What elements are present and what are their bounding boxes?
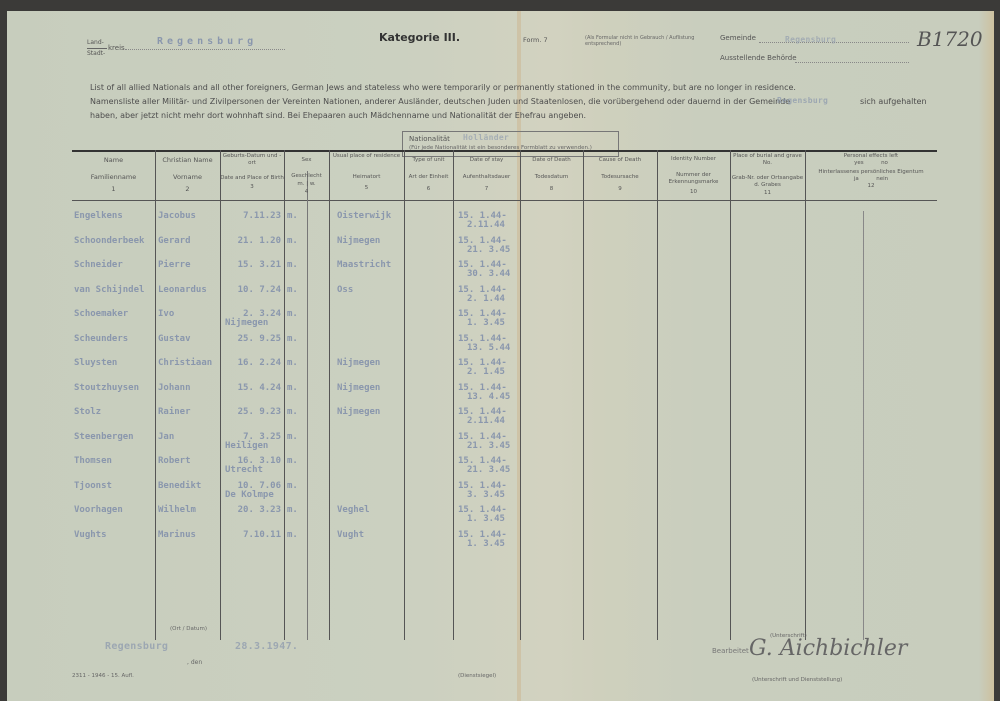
cell-sex: m.: [287, 260, 307, 270]
col-divider: [404, 150, 405, 640]
cell-stay-end: 2. 1.45: [467, 367, 505, 377]
header-num: 12: [805, 183, 937, 190]
header-num: 5: [329, 185, 404, 192]
header-en-sub: yes no: [805, 160, 937, 167]
col-divider-sex: [307, 171, 308, 640]
header-en: Sex: [284, 156, 329, 164]
cell-first: Marinus: [158, 530, 218, 540]
col-divider: [583, 150, 584, 640]
header-num: 3: [220, 184, 284, 191]
place-value: Regensburg: [105, 641, 168, 652]
header-de: Aufenthaltsdauer: [453, 173, 520, 181]
cell-first: Benedikt: [158, 481, 218, 491]
cell-residence: Nijmegen: [337, 407, 402, 417]
header-en: Cause of Death: [583, 156, 657, 164]
behoerde-line: [795, 62, 909, 63]
kreis-line: [125, 49, 285, 50]
form-note: (Als Formular nicht in Gebrauch / Auflis…: [585, 35, 695, 47]
cell-name: Steenbergen: [74, 432, 154, 442]
header-date-death: Date of Death Todesdatum 8: [520, 156, 583, 193]
header-de: Vorname: [155, 173, 220, 181]
cell-birth: 7.10.11: [223, 530, 281, 540]
header-birth: Geburts-Datum und -ort Date and Place of…: [220, 153, 284, 191]
cell-sex: m.: [287, 236, 307, 246]
col-divider: [520, 150, 521, 640]
stamp-label: (Dienstsiegel): [458, 673, 496, 679]
place-date-label: (Ort / Datum): [170, 626, 207, 632]
cell-name: van Schijndel: [74, 285, 154, 295]
cell-first: Gerard: [158, 236, 218, 246]
land-stadt-divider: [87, 48, 107, 49]
cell-name: Schneider: [74, 260, 154, 270]
header-num: 4: [284, 188, 329, 196]
cell-residence: Vught: [337, 530, 402, 540]
intro-german-1: Namensliste aller Militär- und Zivilpers…: [90, 95, 790, 109]
cell-birth: 20. 3.23: [223, 505, 281, 515]
cell-stay-end: 13. 5.44: [467, 343, 510, 353]
header-burial: Place of burial and grave No. Grab-Nr. o…: [730, 153, 805, 197]
col-divider-yes-no: [863, 211, 864, 640]
cell-residence: Maastricht: [337, 260, 402, 270]
header-de: Todesdatum: [520, 173, 583, 181]
stamp-text: Bearbeitet: [712, 647, 749, 655]
cell-name: Stoutzhuysen: [74, 383, 154, 393]
col-divider: [805, 150, 806, 640]
cell-birth: 15. 3.21: [223, 260, 281, 270]
cell-name: Thomsen: [74, 456, 154, 466]
kreis-label: kreis: [108, 44, 125, 52]
paper-edge: [979, 11, 994, 701]
nationality-box: Nationalität Holländer (Für jede Nationa…: [402, 131, 619, 157]
header-en: Type of unit: [404, 156, 453, 164]
header-de: Grab-Nr. oder Ortsangabe d. Grabes: [730, 175, 805, 189]
cell-name: Schoonderbeek: [74, 236, 154, 246]
document-page: Land- Stadt- kreis Regensburg Kategorie …: [7, 11, 994, 701]
cell-first: Leonardus: [158, 285, 218, 295]
header-unit: Type of unit Art der Einheit 6: [404, 156, 453, 193]
col-divider: [657, 150, 658, 640]
cell-birth: 25. 9.23: [223, 407, 281, 417]
cell-stay-end: 21. 3.45: [467, 441, 510, 451]
header-num: 9: [583, 185, 657, 193]
cell-sex: m.: [287, 211, 307, 221]
header-en: Personal effects left: [805, 153, 937, 160]
col-divider: [329, 150, 330, 640]
cell-stay-end: 2. 1.44: [467, 294, 505, 304]
cell-stay-end: 21. 3.45: [467, 465, 510, 475]
cell-birth: 25. 9.25: [223, 334, 281, 344]
cell-stay-end: 13. 4.45: [467, 392, 510, 402]
cell-birthplace: Heiligen: [225, 441, 268, 451]
header-christian-name: Christian Name Vorname 2: [155, 156, 220, 193]
cell-birthplace: Utrecht: [225, 465, 263, 475]
cell-sex: m.: [287, 285, 307, 295]
header-en: Identity Number: [657, 156, 730, 163]
cell-sex: m.: [287, 383, 307, 393]
header-de: Heimatort: [329, 174, 404, 181]
cell-stay-end: 2.11.44: [467, 220, 505, 230]
col-divider: [284, 150, 285, 640]
header-en: Name: [72, 156, 155, 164]
cell-sex: m.: [287, 407, 307, 417]
header-de-sub: ja nein: [805, 176, 937, 183]
cell-stay-end: 1. 3.45: [467, 539, 505, 549]
land-label: Land-: [87, 39, 104, 46]
cell-stay-end: 1. 3.45: [467, 318, 505, 328]
cell-birth: 16. 2.24: [223, 358, 281, 368]
cell-first: Jacobus: [158, 211, 218, 221]
col-divider: [730, 150, 731, 640]
header-de: Art der Einheit: [404, 173, 453, 181]
header-name: Name Familienname 1: [72, 156, 155, 193]
cell-name: Voorhagen: [74, 505, 154, 515]
cell-sex: m.: [287, 481, 307, 491]
header-en: Date of stay: [453, 156, 520, 164]
header-cause-death: Cause of Death Todesursache 9: [583, 156, 657, 193]
cell-name: Scheunders: [74, 334, 154, 344]
cell-stay-end: 21. 3.45: [467, 245, 510, 255]
cell-stay-end: 3. 3.45: [467, 490, 505, 500]
cell-sex: m.: [287, 432, 307, 442]
header-num: 1: [72, 185, 155, 193]
cell-residence: Nijmegen: [337, 236, 402, 246]
header-de: Nummer der Erkennungsmarke: [657, 172, 730, 186]
cell-name: Vughts: [74, 530, 154, 540]
cell-sex: m.: [287, 505, 307, 515]
cell-stay-end: 1. 3.45: [467, 514, 505, 524]
category-title: Kategorie III.: [379, 31, 460, 44]
cell-birthplace: De Kolmpe: [225, 490, 274, 500]
cell-sex: m.: [287, 530, 307, 540]
cell-birthplace: Nijmegen: [225, 318, 268, 328]
table-header-bottom: [72, 200, 937, 201]
cell-first: Rainer: [158, 407, 218, 417]
cell-stay-end: 30. 3.44: [467, 269, 510, 279]
signature: G. Aichbichler: [749, 636, 907, 661]
header-num: 11: [730, 190, 805, 197]
gemeinde-value: Regensburg: [785, 35, 836, 44]
header-de: Hinterlassenes persönliches Eigentum: [805, 169, 937, 176]
header-de: Todesursache: [583, 173, 657, 181]
signature-role-label: (Unterschrift und Dienststellung): [752, 677, 842, 683]
den-label: , den: [187, 659, 202, 666]
intro-english: List of all allied Nationals and all oth…: [90, 81, 796, 95]
intro-german-2: sich aufgehalten: [860, 95, 927, 109]
cell-residence: Oss: [337, 285, 402, 295]
header-en: Christian Name: [155, 156, 220, 164]
nationality-label: Nationalität: [409, 135, 450, 143]
cell-first: Wilhelm: [158, 505, 218, 515]
cell-sex: m.: [287, 309, 307, 319]
print-code: 2311 - 1946 - 15. Aufl.: [72, 673, 134, 679]
cell-first: Gustav: [158, 334, 218, 344]
stadt-label: Stadt-: [87, 50, 105, 57]
header-num: 2: [155, 185, 220, 193]
table-top-border: [72, 150, 937, 152]
header-en: Geburts-Datum und -ort: [220, 153, 284, 167]
cell-name: Sluysten: [74, 358, 154, 368]
cell-sex: m.: [287, 456, 307, 466]
kreis-value: Regensburg: [157, 36, 257, 47]
header-num: 6: [404, 185, 453, 193]
archive-number: B1720: [917, 27, 983, 51]
header-en: Usual place of residence: [329, 153, 404, 160]
cell-name: Engelkens: [74, 211, 154, 221]
cell-residence: Oisterwijk: [337, 211, 402, 221]
nationality-value: Holländer: [463, 133, 509, 142]
col-divider: [453, 150, 454, 640]
header-de: Date and Place of Birth: [220, 175, 284, 182]
cell-birth: 15. 4.24: [223, 383, 281, 393]
header-effects: Personal effects left yes no Hinterlasse…: [805, 153, 937, 190]
cell-birth: 21. 1.20: [223, 236, 281, 246]
cell-birth: 10. 7.24: [223, 285, 281, 295]
cell-first: Ivo: [158, 309, 218, 319]
cell-name: Tjoonst: [74, 481, 154, 491]
cell-name: Schoemaker: [74, 309, 154, 319]
header-residence: Usual place of residence Heimatort 5: [329, 153, 404, 192]
header-en: Date of Death: [520, 156, 583, 164]
cell-residence: Veghel: [337, 505, 402, 515]
header-num: 7: [453, 185, 520, 193]
cell-residence: Nijmegen: [337, 358, 402, 368]
cell-birth: 7.11.23: [223, 211, 281, 221]
col-divider: [155, 150, 156, 640]
header-identity: Identity Number Nummer der Erkennungsmar…: [657, 156, 730, 196]
cell-first: Christiaan: [158, 358, 218, 368]
cell-sex: m.: [287, 358, 307, 368]
cell-first: Jan: [158, 432, 218, 442]
cell-first: Robert: [158, 456, 218, 466]
form-label: Form. 7: [523, 36, 548, 44]
cell-first: Johann: [158, 383, 218, 393]
intro-german-place: Regensburg: [777, 96, 828, 105]
header-num: 10: [657, 189, 730, 196]
header-sub: m. | w.: [284, 180, 329, 188]
header-de: Familienname: [72, 173, 155, 181]
gemeinde-label: Gemeinde: [720, 34, 756, 42]
col-divider: [220, 150, 221, 640]
header-en: Place of burial and grave No.: [730, 153, 805, 167]
cell-sex: m.: [287, 334, 307, 344]
cell-stay-end: 2.11.44: [467, 416, 505, 426]
header-stay: Date of stay Aufenthaltsdauer 7: [453, 156, 520, 193]
cell-name: Stolz: [74, 407, 154, 417]
cell-first: Pierre: [158, 260, 218, 270]
cell-residence: Nijmegen: [337, 383, 402, 393]
header-de: Geschlecht: [284, 172, 329, 180]
header-sex: Sex Geschlecht m. | w. 4: [284, 156, 329, 196]
intro-german-3: haben, aber jetzt nicht mehr dort wohnha…: [90, 109, 586, 123]
date-value: 28.3.1947.: [235, 641, 298, 652]
header-num: 8: [520, 185, 583, 193]
behoerde-label: Ausstellende Behörde: [720, 54, 797, 62]
